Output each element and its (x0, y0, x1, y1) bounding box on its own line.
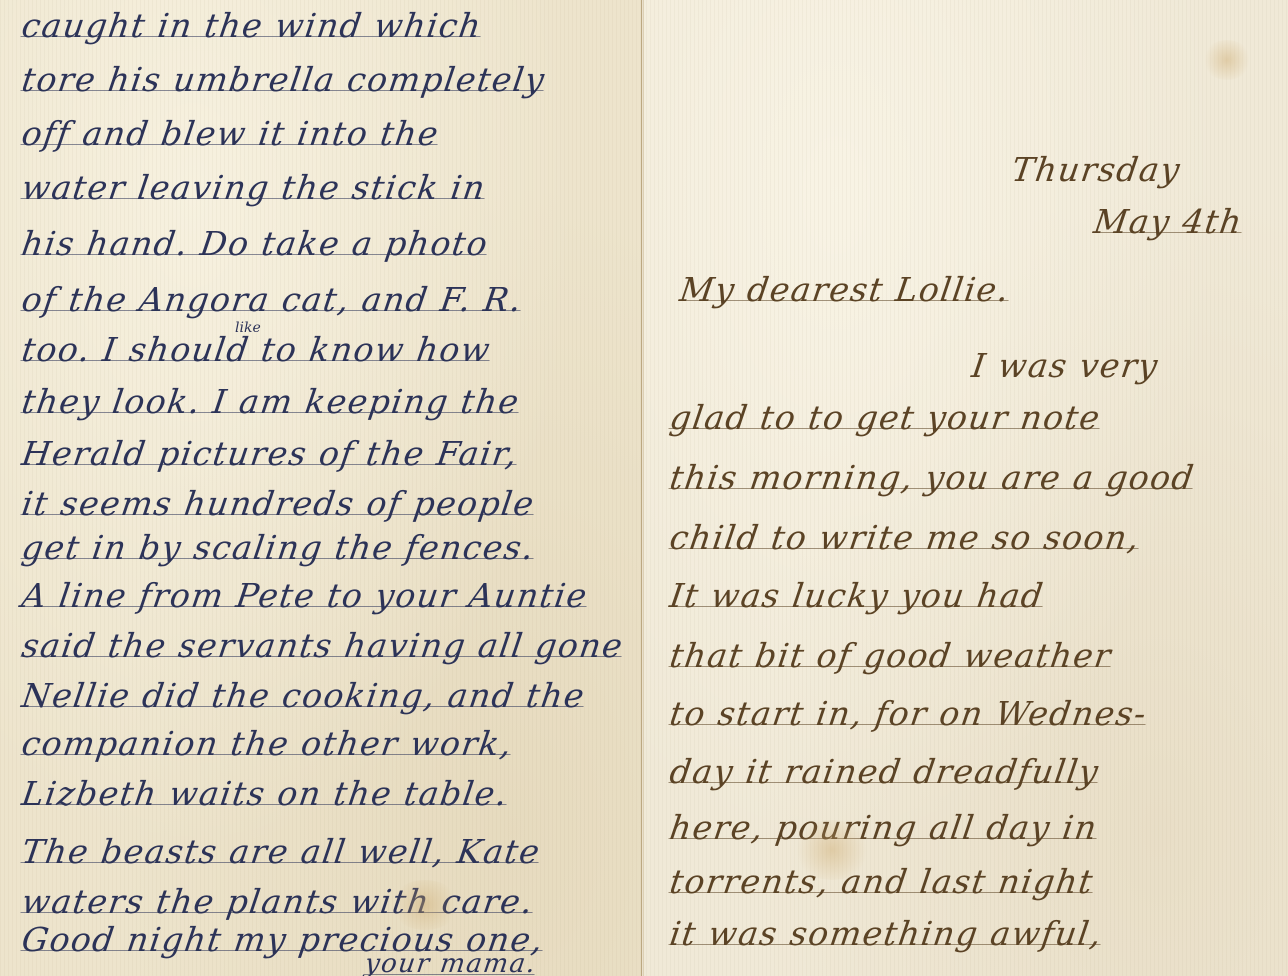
right-line-5: It was lucky you had (667, 576, 1046, 616)
paper-stain (1202, 40, 1252, 80)
left-line-2: tore his umbrella completely (19, 60, 548, 100)
signature: your mama. (362, 944, 539, 976)
paper-stain (390, 880, 460, 930)
salutation: My dearest Lollie. (677, 270, 1012, 310)
left-line-14: Nellie did the cooking, and the (19, 676, 588, 716)
dateline-date: May 4th (1091, 202, 1245, 242)
dateline-day: Thursday (1009, 150, 1183, 190)
left-line-10: it seems hundreds of people (19, 484, 537, 524)
right-line-1: I was very (969, 346, 1161, 386)
page-fold (641, 0, 644, 976)
right-line-4: child to write me so soon, (667, 518, 1143, 558)
letter-page-left: caught in the wind which tore his umbrel… (0, 0, 642, 976)
left-line-5: his hand. Do take a photo (19, 224, 491, 264)
left-line-6: of the Angora cat, and F. R. (19, 280, 525, 320)
right-line-6: that bit of good weather (667, 636, 1114, 676)
left-line-13: said the servants having all gone (19, 626, 626, 666)
left-line-1: caught in the wind which (19, 6, 484, 46)
left-line-8: they look. I am keeping the (19, 382, 522, 422)
left-line-7: too. I should to know how (19, 330, 493, 370)
paper-stain (792, 820, 872, 880)
left-line-12: A line from Pete to your Auntie (19, 576, 590, 616)
letter-spread: caught in the wind which tore his umbrel… (0, 0, 1288, 976)
left-line-15: companion the other work, (19, 724, 515, 764)
right-line-9: here, pouring all day in (667, 808, 1100, 848)
right-line-11: it was something awful, (667, 914, 1105, 954)
letter-page-right: Thursday May 4th My dearest Lollie. I wa… (642, 0, 1288, 976)
right-line-10: torrents, and last night (667, 862, 1096, 902)
right-line-2: glad to to get your note (667, 398, 1103, 438)
left-line-4: water leaving the stick in (19, 168, 488, 208)
right-line-3: this morning, you are a good (667, 458, 1197, 498)
right-line-7: to start in, for on Wednes- (667, 694, 1150, 734)
left-line-3: off and blew it into the (19, 114, 442, 154)
left-line-17: The beasts are all well, Kate (19, 832, 543, 872)
left-line-11: get in by scaling the fences. (19, 528, 537, 568)
left-line-9: Herald pictures of the Fair, (19, 434, 521, 474)
left-line-16: Lizbeth waits on the table. (19, 774, 511, 814)
right-line-8: day it rained dreadfully (667, 752, 1102, 792)
